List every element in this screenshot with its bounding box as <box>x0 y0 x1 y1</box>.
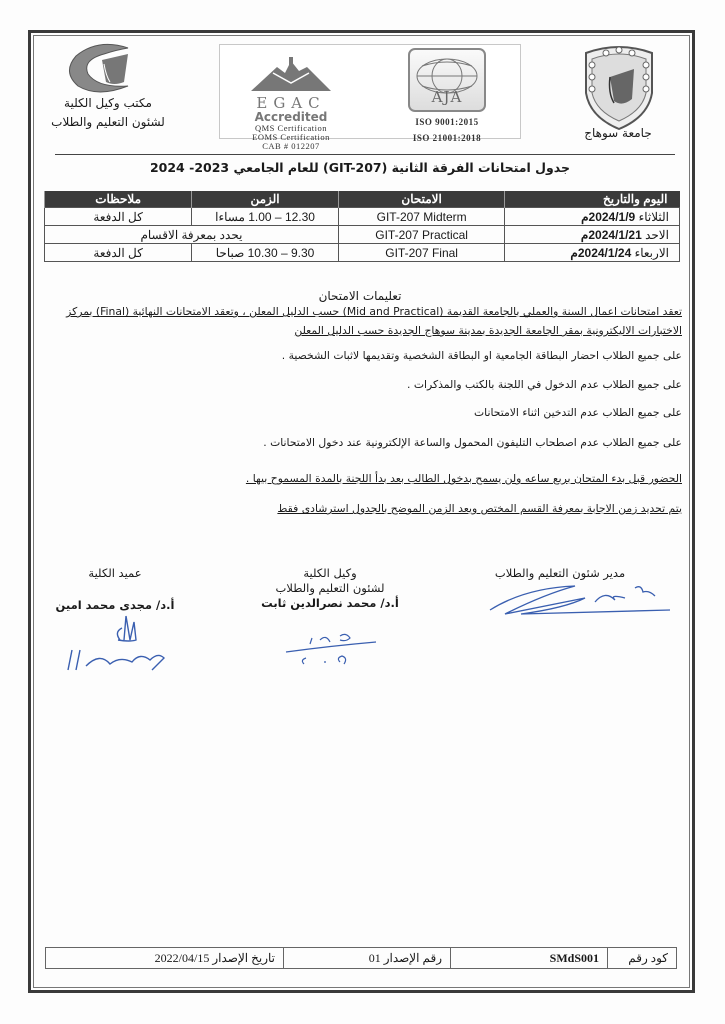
vice-dean-name: أ.د/ محمد نصرالدين ثابت <box>250 596 410 611</box>
university-logo <box>578 43 660 131</box>
iso-9001: ISO 9001:2015 <box>398 117 496 128</box>
vice-dean-block: وكيل الكلية لشئون التعليم والطلاب أ.د/ م… <box>250 566 410 611</box>
day-date-cell: الثلاثاء 2024/1/9م <box>505 208 680 226</box>
col-day-date: اليوم والتاريخ <box>505 191 680 208</box>
instructions-paragraph-line-1: تعقد امتحانات اعمال السنة والعملي بالجام… <box>66 305 682 318</box>
aja-logo: AJA ISO 9001:2015 ISO 21001:2018 <box>398 48 496 144</box>
footer-row: كود رقم SMdS001 رقم الإصدار 01 تاريخ الإ… <box>46 948 677 969</box>
office-title: مكتب وكيل الكلية لشئون التعليم والطلاب <box>48 94 168 132</box>
day-date-cell: الاربعاء 2024/1/24م <box>505 244 680 262</box>
table-row: الاربعاء 2024/1/24م GIT-207 Final 9.30 –… <box>45 244 680 262</box>
vice-dean-signature <box>280 628 380 670</box>
col-exam: الامتحان <box>338 191 505 208</box>
director-signature <box>485 580 675 620</box>
director-title: مدير شئون التعليم والطلاب <box>470 566 650 581</box>
mountain-icon <box>251 57 331 91</box>
iso-21001: ISO 21001:2018 <box>398 133 496 144</box>
office-line-2: لشئون التعليم والطلاب <box>48 113 168 132</box>
day-name: الثلاثاء <box>639 210 669 224</box>
instruction-item-underlined: يتم تحديد زمن الاجابة بمعرفة القسم المخت… <box>277 502 682 515</box>
instruction-item: على جميع الطلاب عدم الدخول في اللجنة بال… <box>407 378 682 391</box>
table-row: الثلاثاء 2024/1/9م GIT-207 Midterm 12.30… <box>45 208 680 226</box>
table-row: الاحد 2024/1/21م GIT-207 Practical يحدد … <box>45 226 680 244</box>
vice-dean-title-2: لشئون التعليم والطلاب <box>250 581 410 596</box>
date: 2024/1/9م <box>581 210 635 224</box>
notes-cell: كل الدفعة <box>45 208 192 226</box>
date: 2024/1/21م <box>581 228 642 242</box>
day-name: الاربعاء <box>635 246 669 260</box>
day-date-cell: الاحد 2024/1/21م <box>505 226 680 244</box>
instructions-paragraph-line-2: الاختبارات الاليكترونية بمقر الجامعة الج… <box>294 324 682 337</box>
header-divider <box>55 154 675 155</box>
office-line-1: مكتب وكيل الكلية <box>48 94 168 113</box>
time-cell: 12.30 – 1.00 مساءا <box>192 208 339 226</box>
egac-logo: EGAC Accredited QMS Certification EOMS C… <box>226 47 356 135</box>
certification-box: EGAC Accredited QMS Certification EOMS C… <box>219 44 521 139</box>
notes-cell: كل الدفعة <box>45 244 192 262</box>
document-footer-table: كود رقم SMdS001 رقم الإصدار 01 تاريخ الإ… <box>45 947 677 969</box>
time-cell: 9.30 – 10.30 صباحا <box>192 244 339 262</box>
date: 2024/1/24م <box>570 246 631 260</box>
dean-title: عميد الكلية <box>60 566 170 581</box>
university-name: جامعة سوهاج <box>568 124 668 143</box>
faculty-logo <box>58 42 153 94</box>
aja-text: AJA <box>410 88 484 106</box>
exam-schedule-table: اليوم والتاريخ الامتحان الزمن ملاحظات ال… <box>44 191 680 262</box>
issue-number: رقم الإصدار 01 <box>284 948 451 969</box>
egac-letters: EGAC <box>226 95 356 111</box>
exam-cell: GIT-207 Practical <box>338 226 505 244</box>
instruction-item: على جميع الطلاب عدم التدخين اثناء الامتح… <box>474 406 682 419</box>
issue-date: تاريخ الإصدار 2022/04/15 <box>46 948 284 969</box>
instruction-item-underlined: الحضور قبل بدء المتحان بربع ساعه ولن يسم… <box>246 472 682 485</box>
dean-name: أ.د/ مجدى محمد امين <box>55 598 175 613</box>
instruction-item: على جميع الطلاب عدم اصطحاب التليفون المح… <box>263 436 682 449</box>
instruction-item: على جميع الطلاب احضار البطاقة الجامعية ا… <box>282 349 682 362</box>
day-name: الاحد <box>645 228 669 242</box>
egac-line-3: CAB # 012207 <box>226 142 356 151</box>
col-time: الزمن <box>192 191 339 208</box>
code-label: كود رقم <box>608 948 677 969</box>
exam-cell: GIT-207 Midterm <box>338 208 505 226</box>
col-notes: ملاحظات <box>45 191 192 208</box>
table-header-row: اليوم والتاريخ الامتحان الزمن ملاحظات <box>45 191 680 208</box>
exam-cell: GIT-207 Final <box>338 244 505 262</box>
vice-dean-title-1: وكيل الكلية <box>250 566 410 581</box>
code-value: SMdS001 <box>451 948 608 969</box>
merged-cell: يحدد بمعرفة الاقسام <box>45 226 339 244</box>
instructions-title: تعليمات الامتحان <box>40 289 680 303</box>
globe-badge: AJA <box>408 48 486 112</box>
dean-signature <box>60 612 170 674</box>
page-title: جدول امتحانات الفرقة الثانية (GIT-207) ل… <box>40 160 680 175</box>
